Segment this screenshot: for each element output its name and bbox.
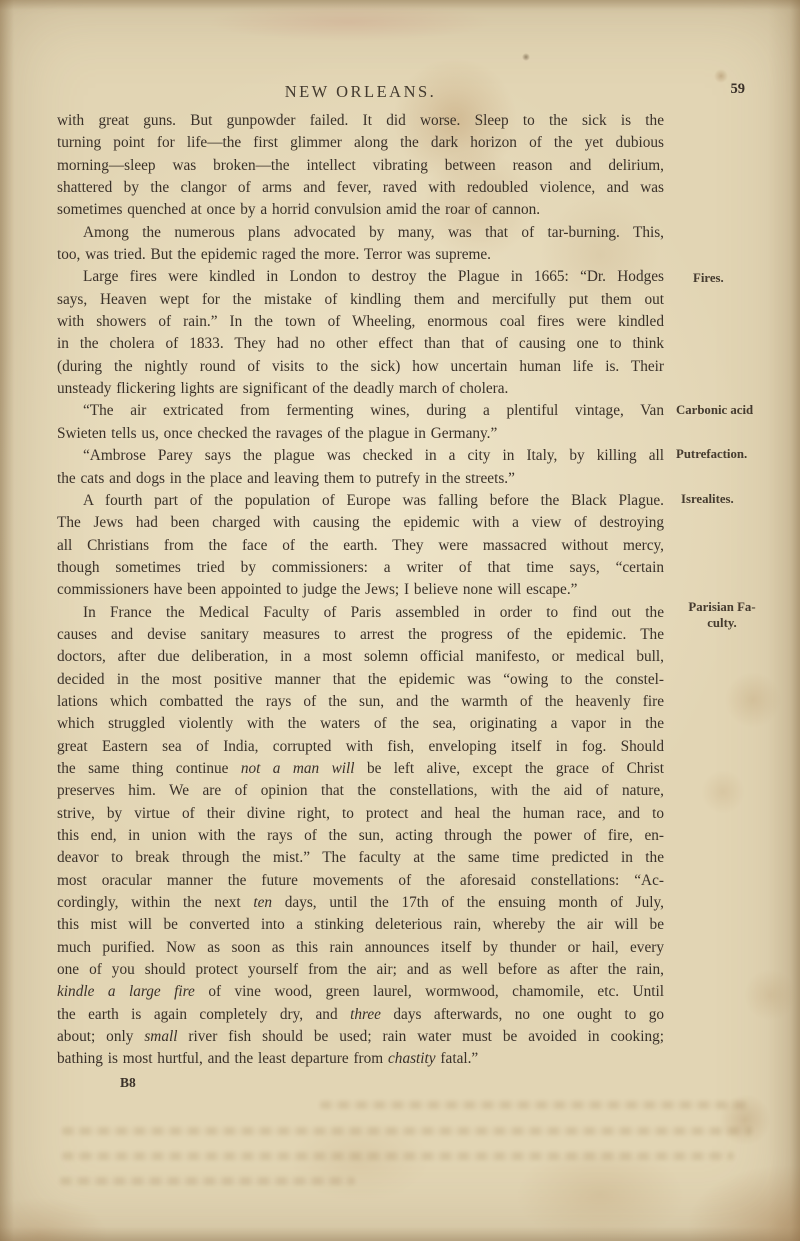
text-line: “Ambrose Parey says the plague was check… — [57, 445, 664, 467]
text-line: the same thing continue not a man will b… — [57, 758, 664, 780]
text-line: bathing is most hurtful, and the least d… — [57, 1048, 664, 1070]
text-line: in the cholera of 1833. They had no othe… — [57, 333, 664, 355]
text-line: In France the Medical Faculty of Paris a… — [57, 602, 664, 624]
text-line: The Jews had been charged with causing t… — [57, 512, 664, 534]
text-line: about; only small river fish should be u… — [57, 1026, 664, 1048]
text-line: with great guns. But gunpowder failed. I… — [57, 110, 664, 132]
page-title: NEW ORLEANS. — [285, 82, 437, 101]
text-line: unsteady flickering lights are significa… — [57, 378, 664, 400]
page-body: with great guns. But gunpowder failed. I… — [57, 110, 664, 1071]
text-line: (during the nightly round of visits to t… — [57, 356, 664, 378]
sidenote-carbonic-acid: Carbonic acid — [676, 403, 753, 419]
text-line: the cats and dogs in the place and leavi… — [57, 468, 664, 490]
text-line: deavor to break through the mist.” The f… — [57, 847, 664, 869]
text-line: Large fires were kindled in London to de… — [57, 266, 664, 288]
text-line: most oracular manner the future movement… — [57, 870, 664, 892]
sidenote-fires: Fires. — [693, 271, 724, 287]
show-through-line — [320, 1101, 748, 1109]
text-line: “The air extricated from fermenting wine… — [57, 400, 664, 422]
paragraph: Among the numerous plans advocated by ma… — [57, 222, 664, 267]
sidenote-isrealites: Isrealites. — [681, 492, 734, 508]
show-through-line — [62, 1127, 752, 1135]
paragraph: A fourth part of the population of Europ… — [57, 490, 664, 602]
page-number: 59 — [713, 81, 745, 98]
text-line: commissioners have been appointed to jud… — [57, 579, 664, 601]
text-line: sometimes quenched at once by a horrid c… — [57, 199, 664, 221]
text-line: causes and devise sanitary measures to a… — [57, 624, 664, 646]
text-line: strive, by virtue of their divine right,… — [57, 803, 664, 825]
text-line: the earth is again completely dry, and t… — [57, 1004, 664, 1026]
show-through-line — [60, 1177, 355, 1185]
text-line: all Christians from the face of the eart… — [57, 535, 664, 557]
text-line: decided in the most positive manner that… — [57, 669, 664, 691]
paragraph: Large fires were kindled in London to de… — [57, 266, 664, 400]
text-line: though sometimes tried by commissioners:… — [57, 557, 664, 579]
text-line: much purified. Now as soon as this rain … — [57, 937, 664, 959]
text-line: great Eastern sea of India, corrupted wi… — [57, 736, 664, 758]
paragraph: “Ambrose Parey says the plague was check… — [57, 445, 664, 490]
text-line: morning—sleep was broken—the intellect v… — [57, 155, 664, 177]
text-line: with showers of rain.” In the town of Wh… — [57, 311, 664, 333]
signature-mark: B8 — [120, 1075, 136, 1091]
text-line: shattered by the clangor of arms and fev… — [57, 177, 664, 199]
text-line: one of you should protect yourself from … — [57, 959, 664, 981]
text-line: Swieten tells us, once checked the ravag… — [57, 423, 664, 445]
book-page: NEW ORLEANS. 59 with great guns. But gun… — [0, 0, 800, 1241]
sidenote-putrefaction: Putrefaction. — [676, 447, 747, 463]
paragraph: “The air extricated from fermenting wine… — [57, 400, 664, 445]
running-head: NEW ORLEANS. — [57, 82, 664, 102]
text-line: doctors, after due deliberation, in a mo… — [57, 646, 664, 668]
text-line: cordingly, within the next ten days, unt… — [57, 892, 664, 914]
text-line: this end, in union with the rays of the … — [57, 825, 664, 847]
text-line: A fourth part of the population of Europ… — [57, 490, 664, 512]
paragraph: In France the Medical Faculty of Paris a… — [57, 602, 664, 1071]
text-line: which struggled violently with the water… — [57, 713, 664, 735]
text-line: kindle a large fire of vine wood, green … — [57, 981, 664, 1003]
text-line: Among the numerous plans advocated by ma… — [57, 222, 664, 244]
text-line: says, Heaven wept for the mistake of kin… — [57, 289, 664, 311]
text-line: this mist will be converted into a stink… — [57, 914, 664, 936]
text-line: turning point for life—the first glimmer… — [57, 132, 664, 154]
sidenote-parisian-faculty: Parisian Fa- culty. — [676, 600, 768, 631]
text-line: too, was tried. But the epidemic raged t… — [57, 244, 664, 266]
paragraph: with great guns. But gunpowder failed. I… — [57, 110, 664, 222]
text-line: lations which combatted the rays of the … — [57, 691, 664, 713]
show-through-line — [62, 1152, 734, 1160]
text-line: preserves him. We are of opinion that th… — [57, 780, 664, 802]
